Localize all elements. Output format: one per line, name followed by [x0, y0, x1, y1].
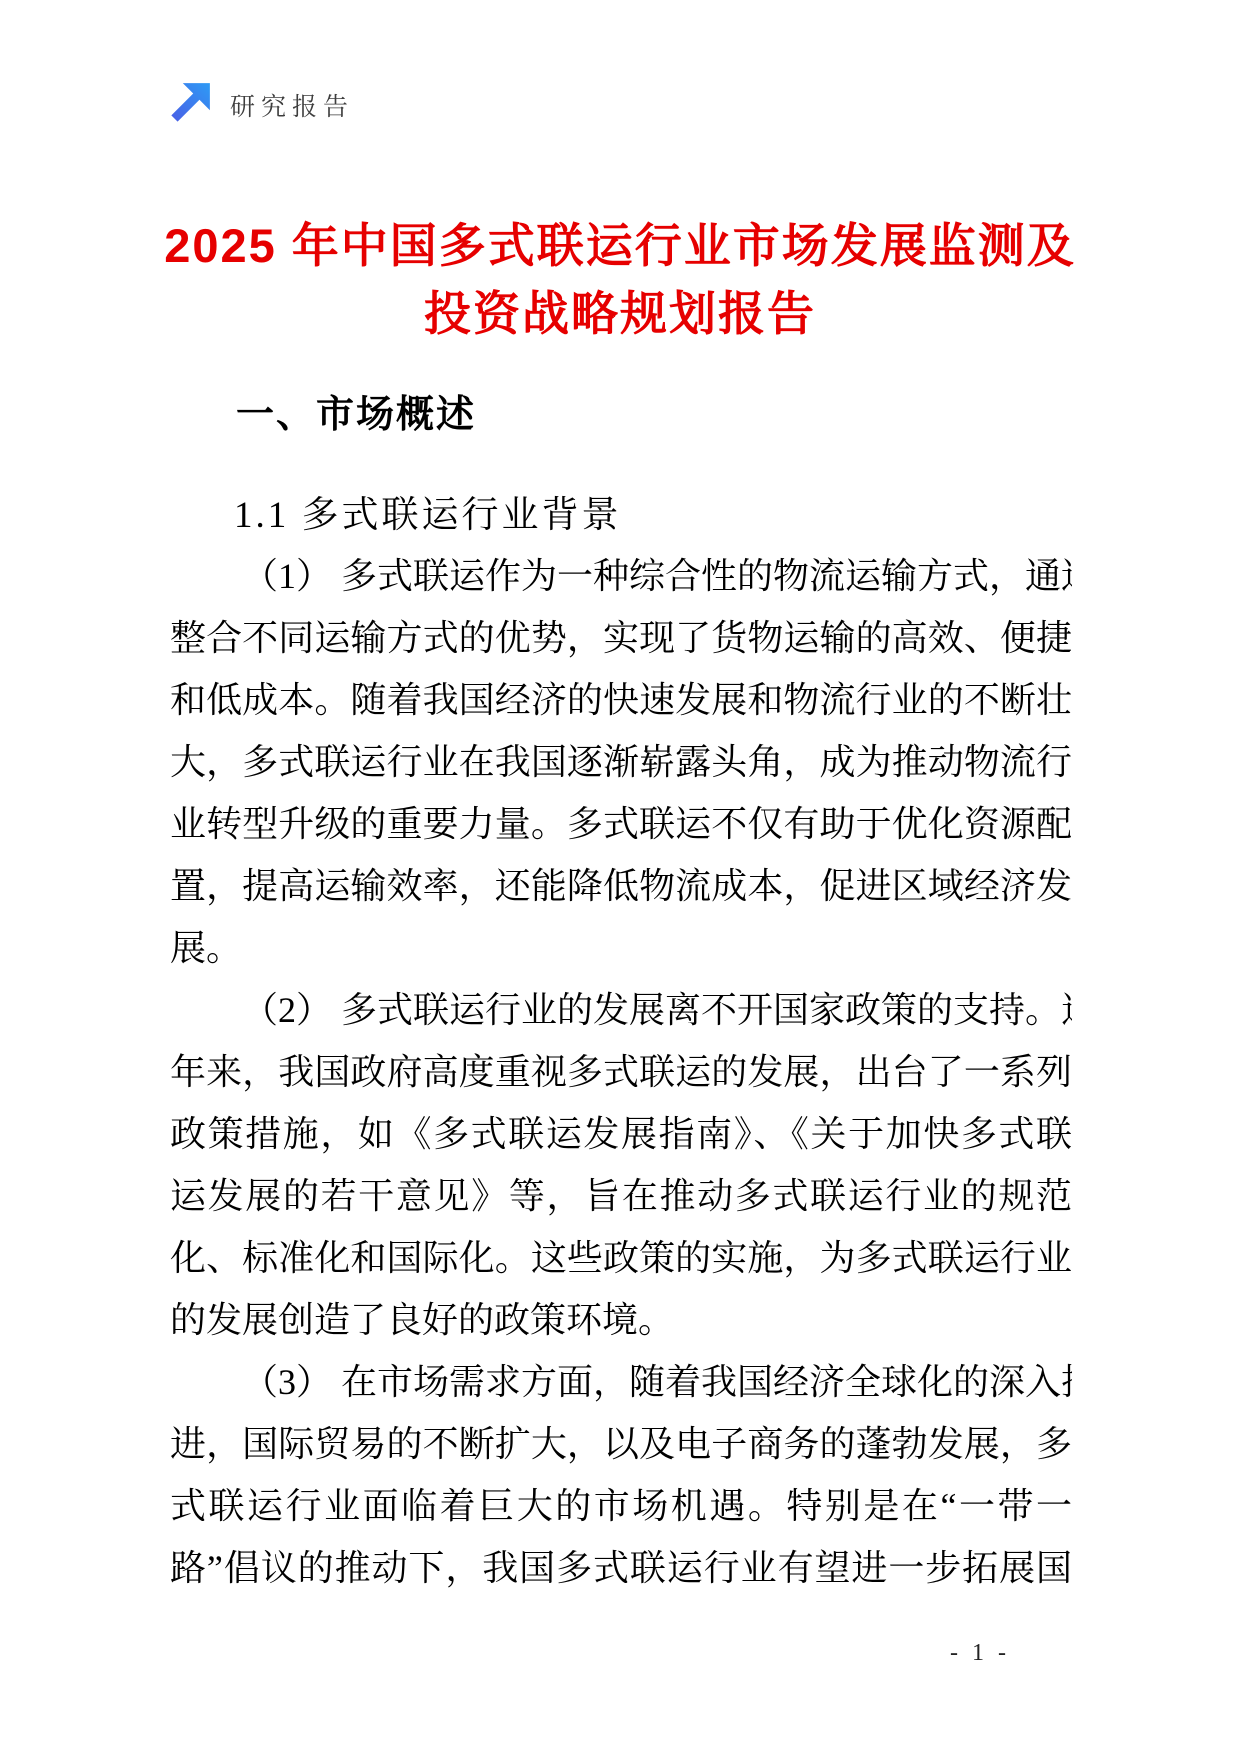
paragraph-2-line: （2） 多式联运行业的发展离不开国家政策的支持。近: [170, 979, 1072, 1041]
paragraph-2-line: 的发展创造了良好的政策环境。: [170, 1289, 1072, 1351]
report-title: 2025 年中国多式联运行业市场发展监测及 投资战略规划报告: [120, 212, 1120, 348]
section-heading: 一、市场概述: [170, 383, 1072, 438]
arrow-up-right-icon: [162, 80, 214, 130]
logo-label: 研究报告: [230, 87, 354, 123]
paragraph-1-line: 置，提高运输效率，还能降低物流成本，促进区域经济发: [170, 855, 1072, 917]
paragraph-1-line: 业转型升级的重要力量。多式联运不仅有助于优化资源配: [170, 793, 1072, 855]
report-title-line2: 投资战略规划报告: [120, 280, 1120, 348]
page-number: - 1 -: [830, 1640, 1130, 1667]
paragraph-1-line: 大，多式联运行业在我国逐渐崭露头角，成为推动物流行: [170, 731, 1072, 793]
paragraph-3-line: （3） 在市场需求方面，随着我国经济全球化的深入推: [170, 1351, 1072, 1413]
subsection-heading: 1.1 多式联运行业背景: [170, 484, 1072, 538]
paragraph-3-line: 进，国际贸易的不断扩大，以及电子商务的蓬勃发展，多: [170, 1413, 1072, 1475]
paragraph-2-line: 运发展的若干意见》等，旨在推动多式联运行业的规范: [170, 1165, 1072, 1227]
paragraph-1-line: 和低成本。随着我国经济的快速发展和物流行业的不断壮: [170, 669, 1072, 731]
paragraph-1-line: 整合不同运输方式的优势，实现了货物运输的高效、便捷: [170, 607, 1072, 669]
paragraph-3-line: 路”倡议的推动下，我国多式联运行业有望进一步拓展国: [170, 1537, 1072, 1599]
paragraph-3-line: 式联运行业面临着巨大的市场机遇。特别是在“一带一: [170, 1475, 1072, 1537]
paragraph-2-line: 年来，我国政府高度重视多式联运的发展，出台了一系列: [170, 1041, 1072, 1103]
paragraph-2-line: 化、标准化和国际化。这些政策的实施，为多式联运行业: [170, 1227, 1072, 1289]
report-page: 研究报告 2025 年中国多式联运行业市场发展监测及 投资战略规划报告 一、市场…: [0, 0, 1240, 1753]
body-text: （1） 多式联运作为一种综合性的物流运输方式，通过 整合不同运输方式的优势，实现…: [170, 545, 1072, 1599]
report-title-line1: 2025 年中国多式联运行业市场发展监测及: [120, 212, 1120, 280]
paragraph-1-line: 展。: [170, 917, 1072, 979]
paragraph-1-line: （1） 多式联运作为一种综合性的物流运输方式，通过: [170, 545, 1072, 607]
logo: 研究报告: [162, 80, 354, 130]
paragraph-2-line: 政策措施，如《多式联运发展指南》、《关于加快多式联: [170, 1103, 1072, 1165]
